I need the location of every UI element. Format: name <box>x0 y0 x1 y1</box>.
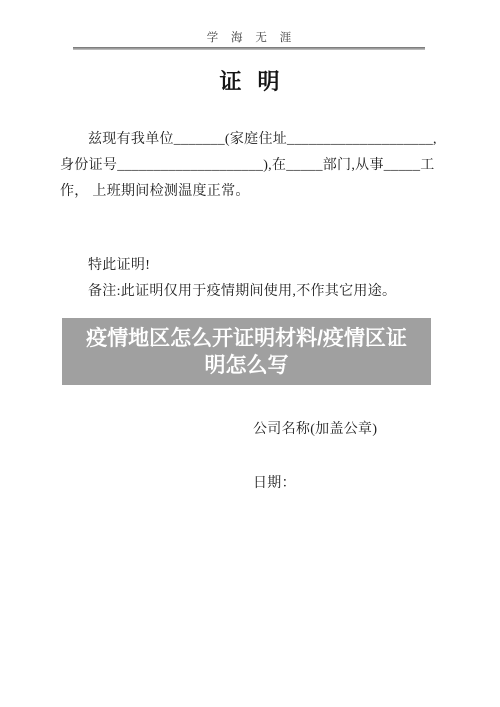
certificate-page: 学 海 无 涯 证 明 兹现有我单位_______(家庭住址__________… <box>0 0 500 707</box>
company-signature-label: 公司名称(加盖公章) <box>253 421 377 439</box>
certificate-body: 兹现有我单位_______(家庭住址____________________, … <box>60 127 435 205</box>
body-line-1: 兹现有我单位_______(家庭住址____________________, <box>60 127 435 153</box>
article-title-banner: 疫情地区怎么开证明材料/疫情区证明怎么写 <box>62 318 431 385</box>
closing-statement: 特此证明! <box>88 253 448 279</box>
article-title-text: 疫情地区怎么开证明材料/疫情区证明怎么写 <box>79 325 415 379</box>
document-title: 证 明 <box>0 67 500 97</box>
remark-note: 备注:此证明仅用于疫情期间使用,不作其它用途。 <box>88 279 448 305</box>
page-header-motto: 学 海 无 涯 <box>0 30 500 46</box>
body-line-2: 身份证号____________________),在_____部门,从事___… <box>60 153 435 179</box>
date-label: 日期： <box>253 475 296 493</box>
closing-block: 特此证明! 备注:此证明仅用于疫情期间使用,不作其它用途。 <box>88 253 448 305</box>
body-line-3: 作， 上班期间检测温度正常。 <box>60 179 435 205</box>
header-divider-line <box>73 47 425 50</box>
